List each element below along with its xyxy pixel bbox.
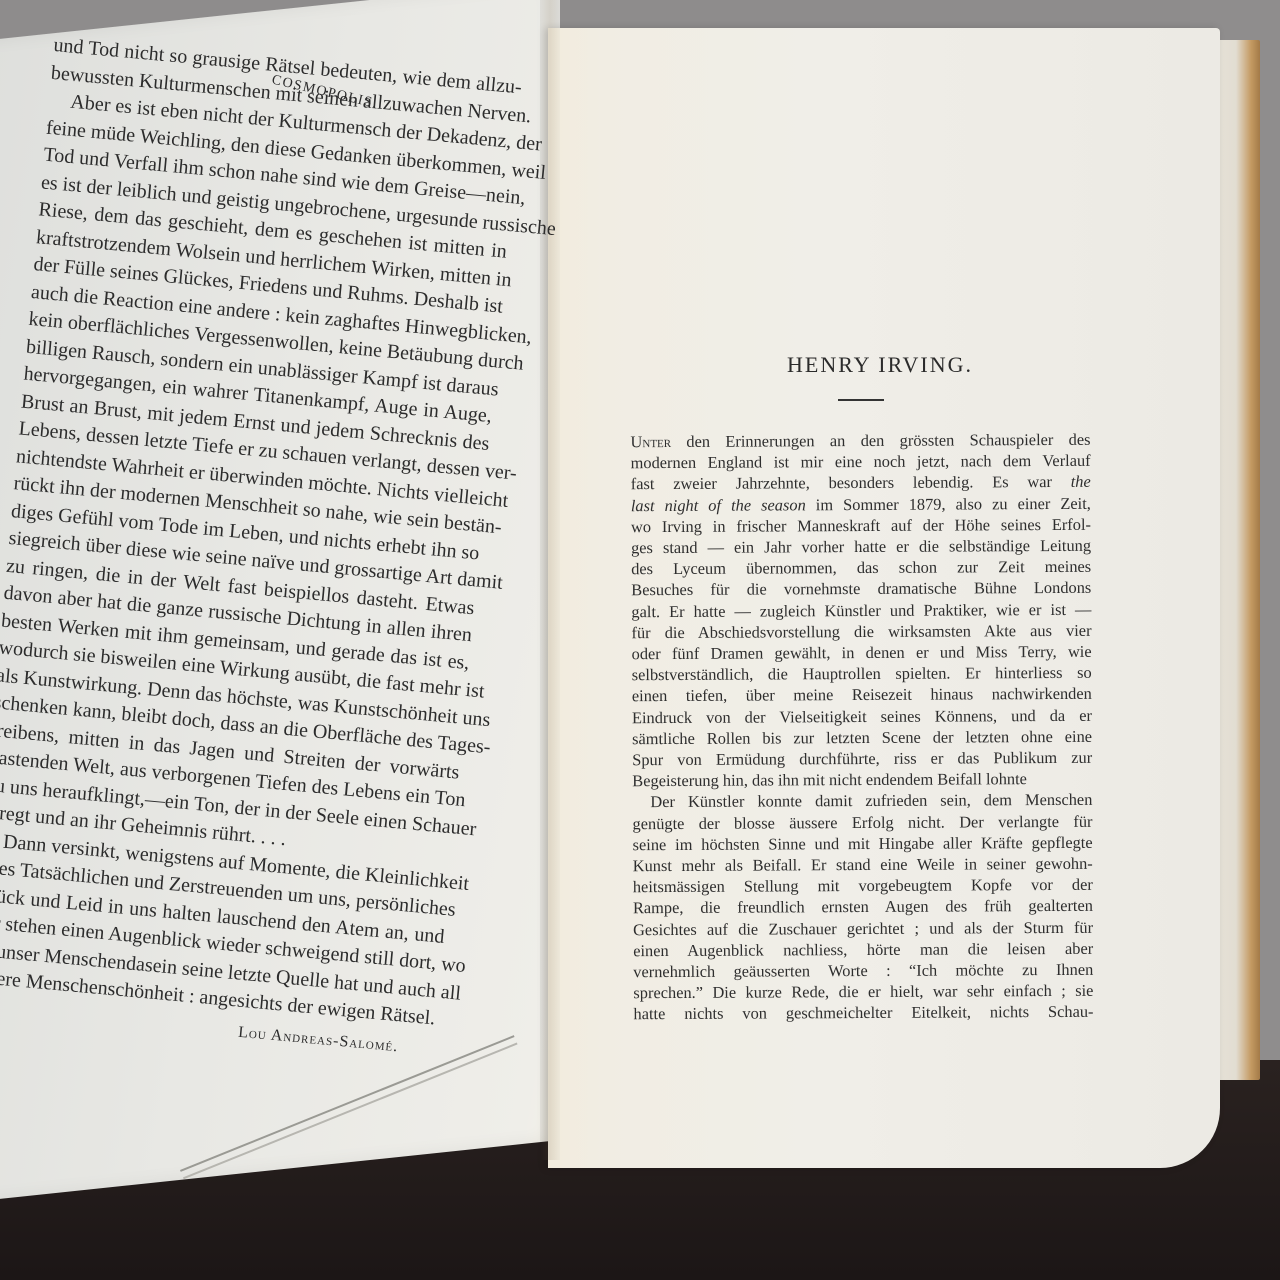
text-line: Der Künstler konnte damit zufrieden sein… xyxy=(632,789,1092,813)
text-line: vernehmlich geäusserten Worte : “Ich möc… xyxy=(633,959,1093,983)
title-rule xyxy=(838,399,884,401)
left-page-text: COSMOPOLIS. und Tod nicht so grausige Rä… xyxy=(0,30,523,1059)
italic-phrase: the xyxy=(1071,472,1091,491)
text-line: seine im höchsten Sinne und mit Hingabe … xyxy=(633,832,1093,856)
text-line: wo Irving in frischer Manneskraft auf de… xyxy=(631,514,1091,538)
italic-phrase: last night of the season xyxy=(631,495,806,515)
text-line: sprechen.” Die kurze Rede, die er hielt,… xyxy=(633,980,1093,1004)
text-line: fast zweier Jahrzehnte, besonders lebend… xyxy=(631,471,1091,495)
text-line: Eindruck von der Vielseitigkeit seines K… xyxy=(632,704,1092,728)
text-line: Gesichtes auf die Zuschauer gerichtet ; … xyxy=(633,916,1093,940)
text-line: einen Augenblick nachliess, hörte man di… xyxy=(633,938,1093,962)
text-line: Unter den Erinnerungen an den grössten S… xyxy=(630,429,1090,453)
text-line: last night of the season im Sommer 1879,… xyxy=(631,492,1091,516)
text-line: galt. Er hatte — zugleich Künstler und P… xyxy=(631,598,1091,622)
text-line: ges stand — ein Jahr vorher hatte er die… xyxy=(631,535,1091,559)
text-line: für die Abschiedsvorstellung die wirksam… xyxy=(631,620,1091,644)
text-line: oder fünf Dramen gewählt, in denen er un… xyxy=(632,641,1092,665)
text-line: genügte der blosse äussere Erfolg nicht.… xyxy=(632,810,1092,834)
text-line: Besuches für die vornehmste dramatische … xyxy=(631,577,1091,601)
text-line: Spur von Ermüdung durchführte, riss er d… xyxy=(632,747,1092,771)
text-line: hatte nichts von geschmeichelter Eitelke… xyxy=(633,1001,1093,1025)
text-line: Begeisterung hin, das ihn mit nicht ende… xyxy=(632,768,1092,792)
text-line: heitsmässigen Stellung mit vorgebeugtem … xyxy=(633,874,1093,898)
left-paragraphs: und Tod nicht so grausige Rätsel bedeute… xyxy=(0,30,523,1033)
article-title: HENRY IRVING. xyxy=(700,352,1060,378)
text-line: sämtliche Rollen bis zur letzten Scene d… xyxy=(632,726,1092,750)
drop-word: Unter xyxy=(630,432,671,451)
text-line: des Lyceum übernommen, das schon zur Zei… xyxy=(631,556,1091,580)
text-line: Kunst mehr als Beifall. Er stand eine We… xyxy=(633,853,1093,877)
right-page-text: Unter den Erinnerungen an den grössten S… xyxy=(630,429,1093,1025)
text-line: modernen England ist mir eine noch jetzt… xyxy=(631,450,1091,474)
text-line: selbstverständlich, die Hauptrollen spie… xyxy=(632,662,1092,686)
text-line: einen tiefen, über meine Reisezeit hinau… xyxy=(632,683,1092,707)
text-line: Rampe, die freundlich ernsten Augen des … xyxy=(633,895,1093,919)
